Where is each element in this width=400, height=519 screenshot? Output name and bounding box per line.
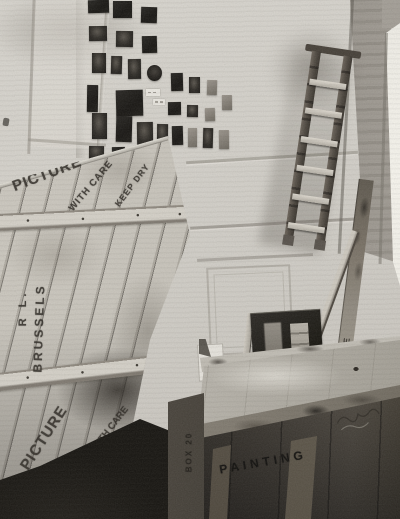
wall-label-card xyxy=(153,99,165,105)
wall-photo xyxy=(116,116,133,142)
wall-photo xyxy=(88,0,109,13)
wall-photo xyxy=(141,7,157,23)
wall-label-card xyxy=(146,89,160,96)
ladder-foot xyxy=(314,239,326,251)
wall-photo xyxy=(205,108,215,121)
wall-photo xyxy=(128,59,141,79)
wall-photo xyxy=(111,56,122,74)
wall-photo xyxy=(116,90,144,117)
stencil-rl: R L. xyxy=(17,290,29,327)
wall-photo xyxy=(207,80,217,95)
wall-photo xyxy=(92,113,107,139)
wall-photo xyxy=(203,128,213,148)
wall-photo xyxy=(92,53,106,73)
wall-photo xyxy=(142,36,157,53)
stencil-brussels: BRUSSELS xyxy=(30,283,47,373)
box-edge-stencil: BOX 20 xyxy=(185,432,194,472)
wall-photo xyxy=(113,1,132,18)
wall-photo xyxy=(168,102,181,115)
crate-batten xyxy=(0,354,162,390)
wall-photo xyxy=(116,31,133,47)
wall-photo xyxy=(89,26,107,41)
crate-batten xyxy=(0,204,196,231)
wall-photo xyxy=(87,85,98,112)
wall-photo xyxy=(219,130,229,149)
wall-photo xyxy=(222,95,232,110)
ladder-foot xyxy=(282,234,294,246)
wall-photo xyxy=(147,65,162,81)
wall-photo xyxy=(188,128,197,147)
wall-photo xyxy=(172,126,183,145)
stencil-keep-dry-top: KEEP DRY xyxy=(113,162,152,209)
wall-photo xyxy=(187,105,198,117)
wall-photo xyxy=(189,77,200,93)
wall-photo xyxy=(171,73,183,91)
storeroom-photograph: FRAGILE PICTURE WITH CARE KEEP DRY R L. … xyxy=(0,0,400,519)
